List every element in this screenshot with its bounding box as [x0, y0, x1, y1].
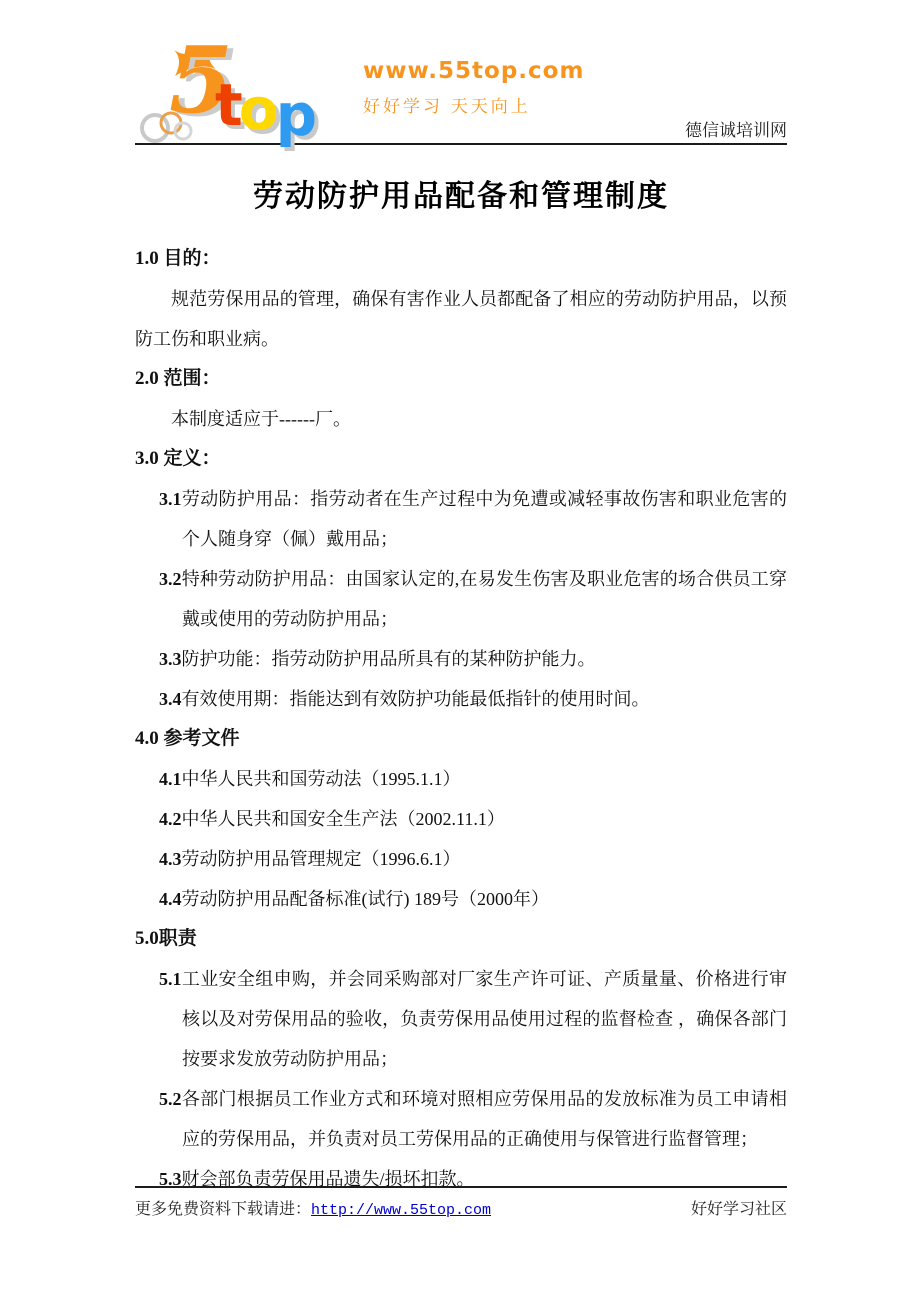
- logo-tagline: 好好学习 天天向上: [363, 92, 584, 117]
- heading-3-0: 3.0 定义：: [135, 439, 787, 479]
- item-number: 3.3: [159, 649, 182, 669]
- paragraph-purpose: 规范劳保用品的管理，确保有害作业人员都配备了相应的劳动防护用品，以预防工伤和职业…: [135, 279, 787, 359]
- heading-1-0: 1.0 目的：: [135, 239, 787, 279]
- page-header: 5 top www.55top.com 好好学习 天天向上 德信诚培训网: [135, 0, 787, 145]
- item-3-1: 3.1劳动防护用品：指劳动者在生产过程中为免遭或减轻事故伤害和职业危害的个人随身…: [159, 479, 787, 559]
- item-text: 劳动防护用品配备标准(试行) 189号（2000年）: [182, 889, 550, 909]
- item-number: 4.4: [159, 889, 182, 909]
- item-3-4: 3.4有效使用期：指能达到有效防护功能最低指针的使用时间。: [159, 679, 787, 719]
- item-number: 3.4: [159, 689, 182, 709]
- heading-5-0: 5.0职责: [135, 919, 787, 959]
- item-5-1: 5.1工业安全组申购，并会同采购部对厂家生产许可证、产质量量、价格进行审核以及对…: [159, 959, 787, 1079]
- item-text: 劳动防护用品：指劳动者在生产过程中为免遭或减轻事故伤害和职业危害的个人随身穿（佩…: [182, 489, 788, 549]
- item-text: 防护功能：指劳动防护用品所具有的某种防护能力。: [182, 649, 596, 669]
- item-text: 工业安全组申购，并会同采购部对厂家生产许可证、产质量量、价格进行审核以及对劳保用…: [182, 969, 788, 1069]
- logo-letter-o: o: [239, 80, 279, 138]
- logo-url: www.55top.com: [363, 58, 584, 84]
- item-text: 特种劳动防护用品：由国家认定的,在易发生伤害及职业危害的场合供员工穿戴或使用的劳…: [182, 569, 788, 629]
- item-number: 4.3: [159, 849, 182, 869]
- logo-letter-p: p: [276, 86, 318, 144]
- item-4-4: 4.4劳动防护用品配备标准(试行) 189号（2000年）: [159, 879, 787, 919]
- heading-2-0: 2.0 范围：: [135, 359, 787, 399]
- heading-4-0: 4.0 参考文件: [135, 719, 787, 759]
- item-number: 5.1: [159, 969, 182, 989]
- item-number: 3.1: [159, 489, 182, 509]
- item-3-2: 3.2特种劳动防护用品：由国家认定的,在易发生伤害及职业危害的场合供员工穿戴或使…: [159, 559, 787, 639]
- footer-left: 更多免费资料下载请进：http://www.55top.com: [135, 1196, 491, 1219]
- item-4-2: 4.2中华人民共和国安全生产法（2002.11.1）: [159, 799, 787, 839]
- item-text: 劳动防护用品管理规定（1996.6.1）: [182, 849, 461, 869]
- item-5-2: 5.2各部门根据员工作业方式和环境对照相应劳保用品的发放标准为员工申请相应的劳保…: [159, 1079, 787, 1159]
- item-number: 5.2: [159, 1089, 182, 1109]
- item-number: 3.2: [159, 569, 182, 589]
- item-text: 中华人民共和国劳动法（1995.1.1）: [182, 769, 461, 789]
- footer-right: 好好学习社区: [691, 1196, 787, 1219]
- page-footer: 更多免费资料下载请进：http://www.55top.com 好好学习社区: [135, 1186, 787, 1219]
- item-4-3: 4.3劳动防护用品管理规定（1996.6.1）: [159, 839, 787, 879]
- logo-text-block: www.55top.com 好好学习 天天向上: [363, 58, 584, 117]
- document-body: 1.0 目的： 规范劳保用品的管理，确保有害作业人员都配备了相应的劳动防护用品，…: [135, 239, 787, 1199]
- item-number: 4.1: [159, 769, 182, 789]
- item-4-1: 4.1中华人民共和国劳动法（1995.1.1）: [159, 759, 787, 799]
- site-name: 德信诚培训网: [685, 116, 787, 141]
- item-3-3: 3.3防护功能：指劳动防护用品所具有的某种防护能力。: [159, 639, 787, 679]
- item-text: 各部门根据员工作业方式和环境对照相应劳保用品的发放标准为员工申请相应的劳保用品，…: [182, 1089, 788, 1149]
- item-text: 中华人民共和国安全生产法（2002.11.1）: [182, 809, 505, 829]
- item-text: 有效使用期：指能达到有效防护功能最低指针的使用时间。: [182, 689, 650, 709]
- document-title: 劳动防护用品配备和管理制度: [135, 171, 787, 215]
- footer-link[interactable]: http://www.55top.com: [311, 1202, 491, 1219]
- document-page: 5 top www.55top.com 好好学习 天天向上 德信诚培训网 劳动防…: [0, 0, 920, 1302]
- item-number: 4.2: [159, 809, 182, 829]
- logo-word-top: top: [215, 76, 317, 134]
- paragraph-scope: 本制度适应于------厂。: [135, 399, 787, 439]
- footer-label: 更多免费资料下载请进：: [135, 1201, 311, 1218]
- site-logo: 5 top: [145, 50, 295, 142]
- logo-swirl-icon: [137, 98, 213, 151]
